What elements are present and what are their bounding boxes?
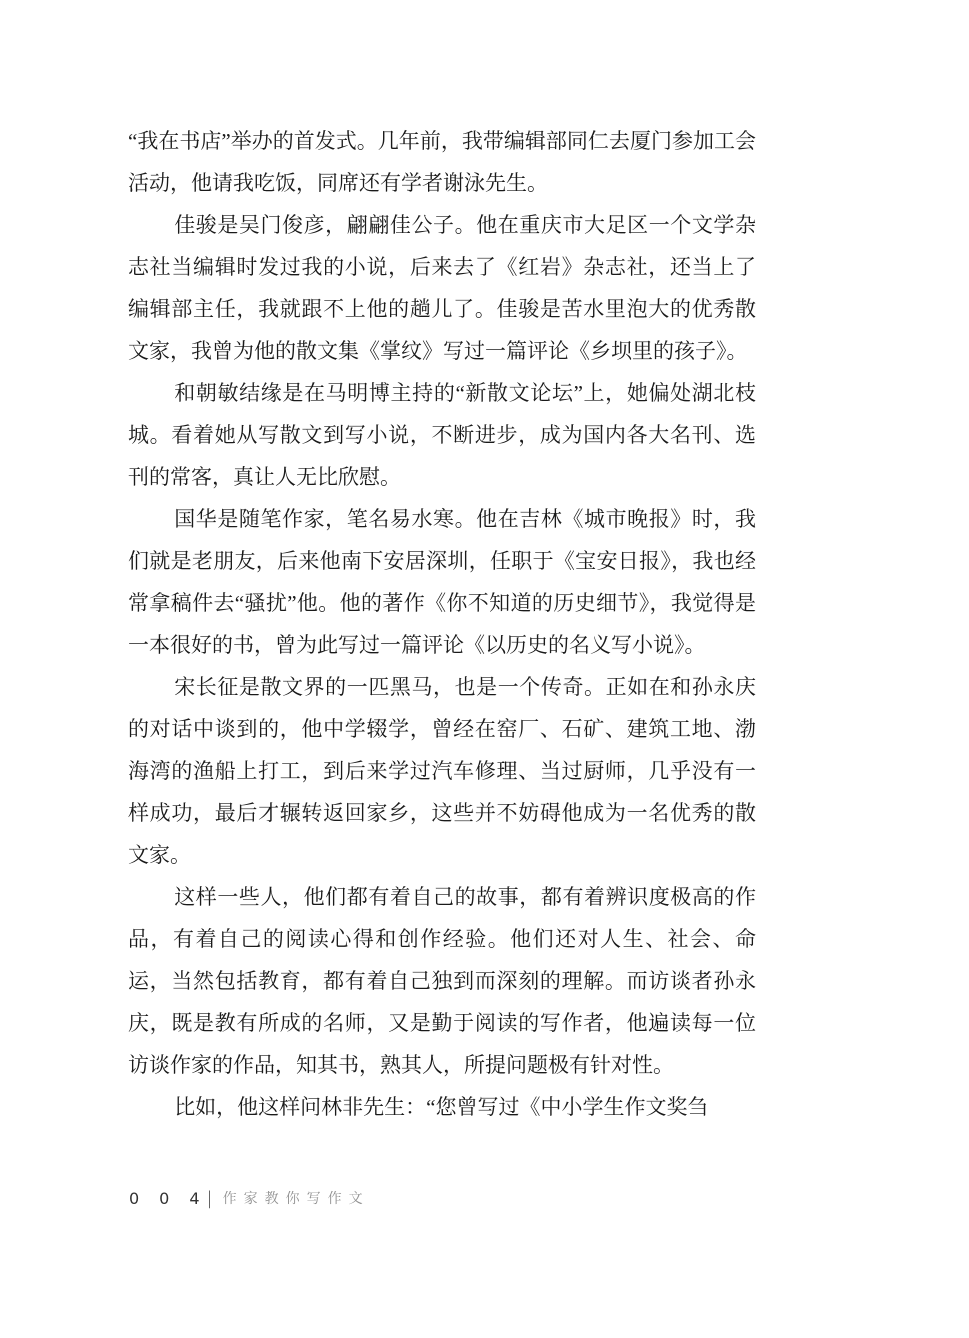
body-paragraph: 和朝敏结缘是在马明博主持的“新散文论坛”上，她偏处湖北枝城。看着她从写散文到写小…: [128, 372, 756, 498]
body-paragraph: “我在书店”举办的首发式。几年前，我带编辑部同仁去厦门参加工会活动，他请我吃饭，…: [128, 120, 756, 204]
body-paragraph: 宋长征是散文界的一匹黑马，也是一个传奇。正如在和孙永庆的对话中谈到的，他中学辍学…: [128, 666, 756, 876]
page-footer: 004 | 作家教你写作文: [129, 1186, 370, 1210]
body-paragraph: 国华是随笔作家，笔名易水寒。他在吉林《城市晚报》时，我们就是老朋友，后来他南下安…: [128, 498, 756, 666]
body-paragraph: 比如，他这样问林非先生：“您曾写过《中小学生作文奖刍: [128, 1086, 756, 1128]
book-page: “我在书店”举办的首发式。几年前，我带编辑部同仁去厦门参加工会活动，他请我吃饭，…: [0, 0, 969, 1338]
book-title: 作家教你写作文: [223, 1188, 370, 1208]
body-paragraph: 佳骏是吴门俊彦，翩翩佳公子。他在重庆市大足区一个文学杂志社当编辑时发过我的小说，…: [128, 204, 756, 372]
body-paragraph: 这样一些人，他们都有着自己的故事，都有着辨识度极高的作品，有着自己的阅读心得和创…: [128, 876, 756, 1086]
footer-separator: |: [207, 1188, 213, 1209]
page-body: “我在书店”举办的首发式。几年前，我带编辑部同仁去厦门参加工会活动，他请我吃饭，…: [128, 120, 756, 1128]
